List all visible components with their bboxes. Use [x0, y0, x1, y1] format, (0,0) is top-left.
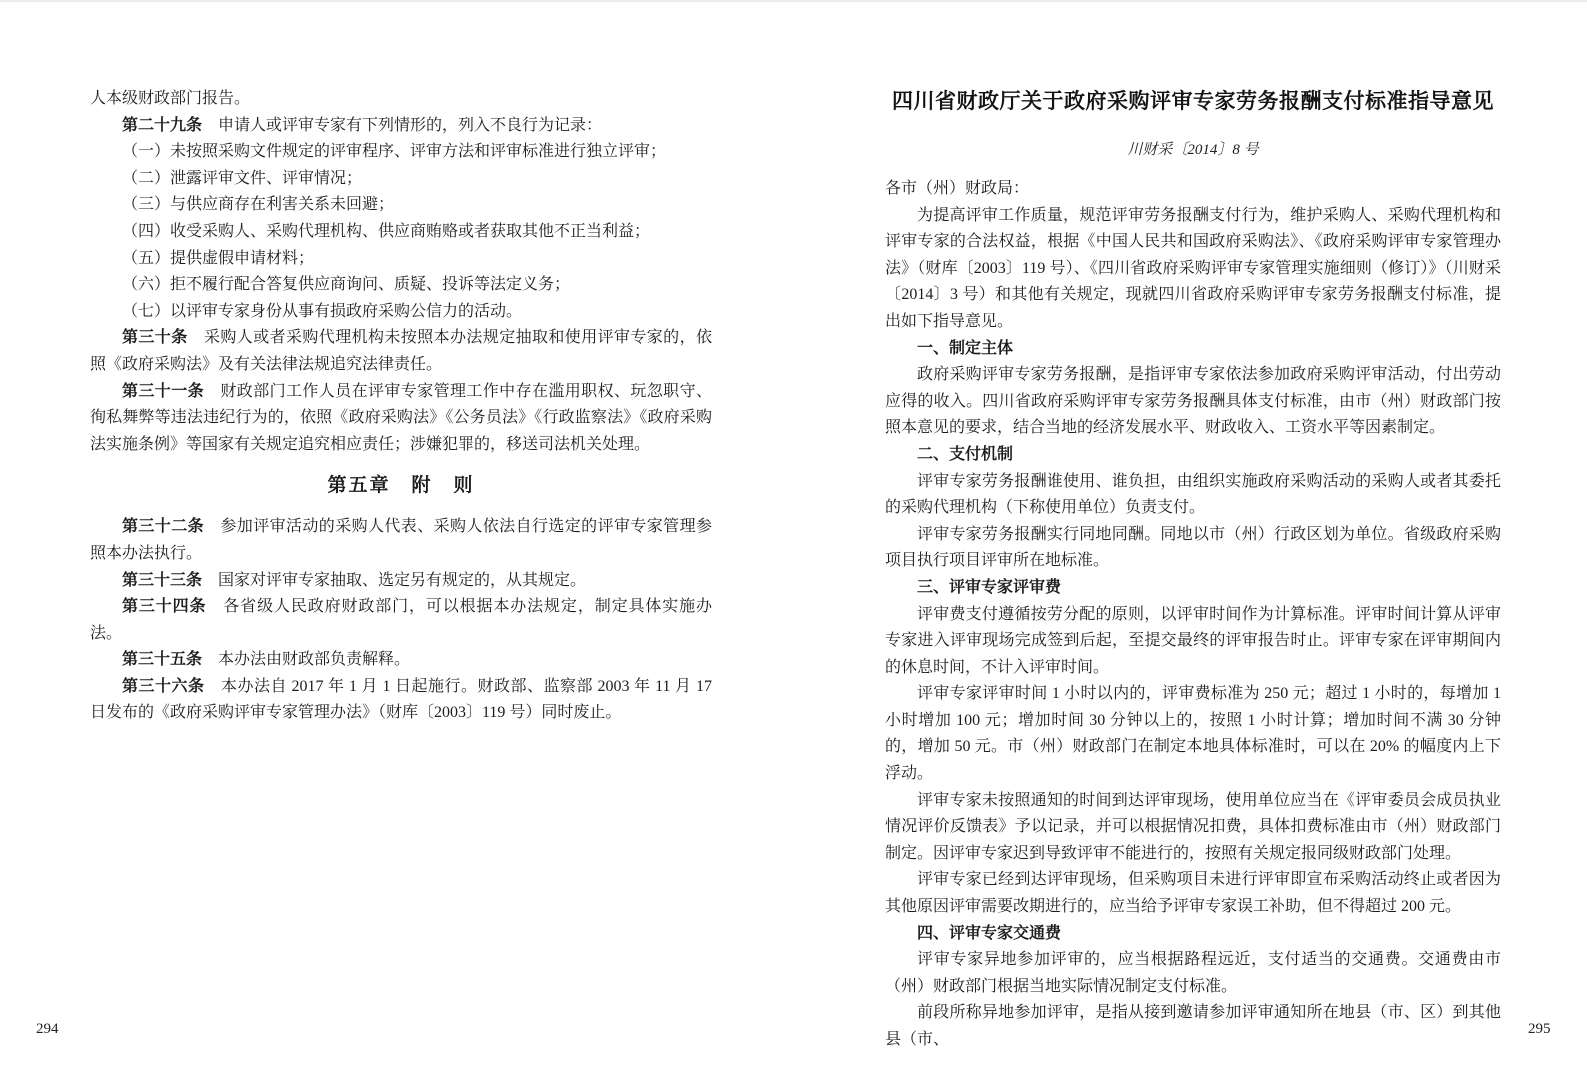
salutation: 各市（州）财政局： [885, 176, 1501, 203]
page-left-body: 人本级财政部门报告。第二十九条 申请人或评审专家有下列情形的，列入不良行为记录：… [90, 86, 712, 727]
article-paragraph: 第三十一条 财政部门工作人员在评审专家管理工作中存在滥用职权、玩忽职守、徇私舞弊… [90, 379, 712, 459]
section-heading: 四、评审专家交通费 [885, 921, 1501, 948]
section-heading: 一、制定主体 [885, 336, 1501, 363]
chapter-heading: 第五章 附 则 [90, 471, 712, 501]
paragraph-continuation: 人本级财政部门报告。 [90, 86, 712, 113]
paragraph: 评审专家劳务报酬实行同地同酬。同地以市（州）行政区划为单位。省级政府采购项目执行… [885, 522, 1501, 575]
article-paragraph: 第三十四条 各省级人民政府财政部门，可以根据本办法规定，制定具体实施办法。 [90, 594, 712, 647]
article-number: 第三十二条 [122, 518, 204, 535]
list-item: （五）提供虚假申请材料； [90, 246, 712, 273]
page-right-body: 各市（州）财政局：为提高评审工作质量，规范评审劳务报酬支付行为，维护采购人、采购… [885, 176, 1501, 1054]
list-item: （六）拒不履行配合答复供应商询问、质疑、投诉等法定义务； [90, 272, 712, 299]
article-number: 第三十条 [122, 329, 188, 346]
article-paragraph: 第二十九条 申请人或评审专家有下列情形的，列入不良行为记录： [90, 113, 712, 140]
article-number: 第二十九条 [122, 117, 202, 134]
paragraph: 评审费支付遵循按劳分配的原则，以评审时间作为计算标准。评审时间计算从评审专家进入… [885, 602, 1501, 682]
document-title: 四川省财政厅关于政府采购评审专家劳务报酬支付标准指导意见 [885, 88, 1501, 116]
page-number-right: 295 [1528, 1020, 1551, 1038]
article-number: 第三十四条 [122, 598, 206, 615]
article-paragraph: 第三十二条 参加评审活动的采购人代表、采购人依法自行选定的评审专家管理参照本办法… [90, 514, 712, 567]
article-paragraph: 第三十五条 本办法由财政部负责解释。 [90, 647, 712, 674]
list-item: （四）收受采购人、采购代理机构、供应商贿赂或者获取其他不正当利益； [90, 219, 712, 246]
section-heading: 二、支付机制 [885, 442, 1501, 469]
paragraph: 评审专家未按照通知的时间到达评审现场，使用单位应当在《评审委员会成员执业情况评价… [885, 788, 1501, 868]
section-heading: 三、评审专家评审费 [885, 575, 1501, 602]
paragraph: 为提高评审工作质量，规范评审劳务报酬支付行为，维护采购人、采购代理机构和评审专家… [885, 203, 1501, 336]
paragraph: 前段所称异地参加评审，是指从接到邀请参加评审通知所在地县（市、区）到其他县（市、 [885, 1000, 1501, 1053]
paragraph: 评审专家异地参加评审的，应当根据路程远近，支付适当的交通费。交通费由市（州）财政… [885, 947, 1501, 1000]
paragraph: 评审专家劳务报酬谁使用、谁负担，由组织实施政府采购活动的采购人或者其委托的采购代… [885, 469, 1501, 522]
article-paragraph: 第三十三条 国家对评审专家抽取、选定另有规定的，从其规定。 [90, 568, 712, 595]
book-spread: 人本级财政部门报告。第二十九条 申请人或评审专家有下列情形的，列入不良行为记录：… [0, 0, 1587, 1077]
article-paragraph: 第三十条 采购人或者采购代理机构未按照本办法规定抽取和使用评审专家的，依照《政府… [90, 325, 712, 378]
list-item: （三）与供应商存在利害关系未回避； [90, 192, 712, 219]
article-number: 第三十五条 [122, 651, 202, 668]
page-number-left: 294 [36, 1020, 59, 1038]
paragraph: 评审专家已经到达评审现场，但采购项目未进行评审即宣布采购活动终止或者因为其他原因… [885, 867, 1501, 920]
list-item: （七）以评审专家身份从事有损政府采购公信力的活动。 [90, 299, 712, 326]
list-item: （二）泄露评审文件、评审情况； [90, 166, 712, 193]
article-number: 第三十一条 [122, 383, 204, 400]
list-item: （一）未按照采购文件规定的评审程序、评审方法和评审标准进行独立评审； [90, 139, 712, 166]
article-number: 第三十三条 [122, 572, 202, 589]
article-paragraph: 第三十六条 本办法自 2017 年 1 月 1 日起施行。财政部、监察部 200… [90, 674, 712, 727]
article-number: 第三十六条 [122, 678, 205, 695]
document-number: 川财采〔2014〕8 号 [885, 140, 1501, 160]
paragraph: 政府采购评审专家劳务报酬，是指评审专家依法参加政府采购评审活动，付出劳动应得的收… [885, 362, 1501, 442]
paragraph: 评审专家评审时间 1 小时以内的，评审费标准为 250 元；超过 1 小时的，每… [885, 681, 1501, 787]
